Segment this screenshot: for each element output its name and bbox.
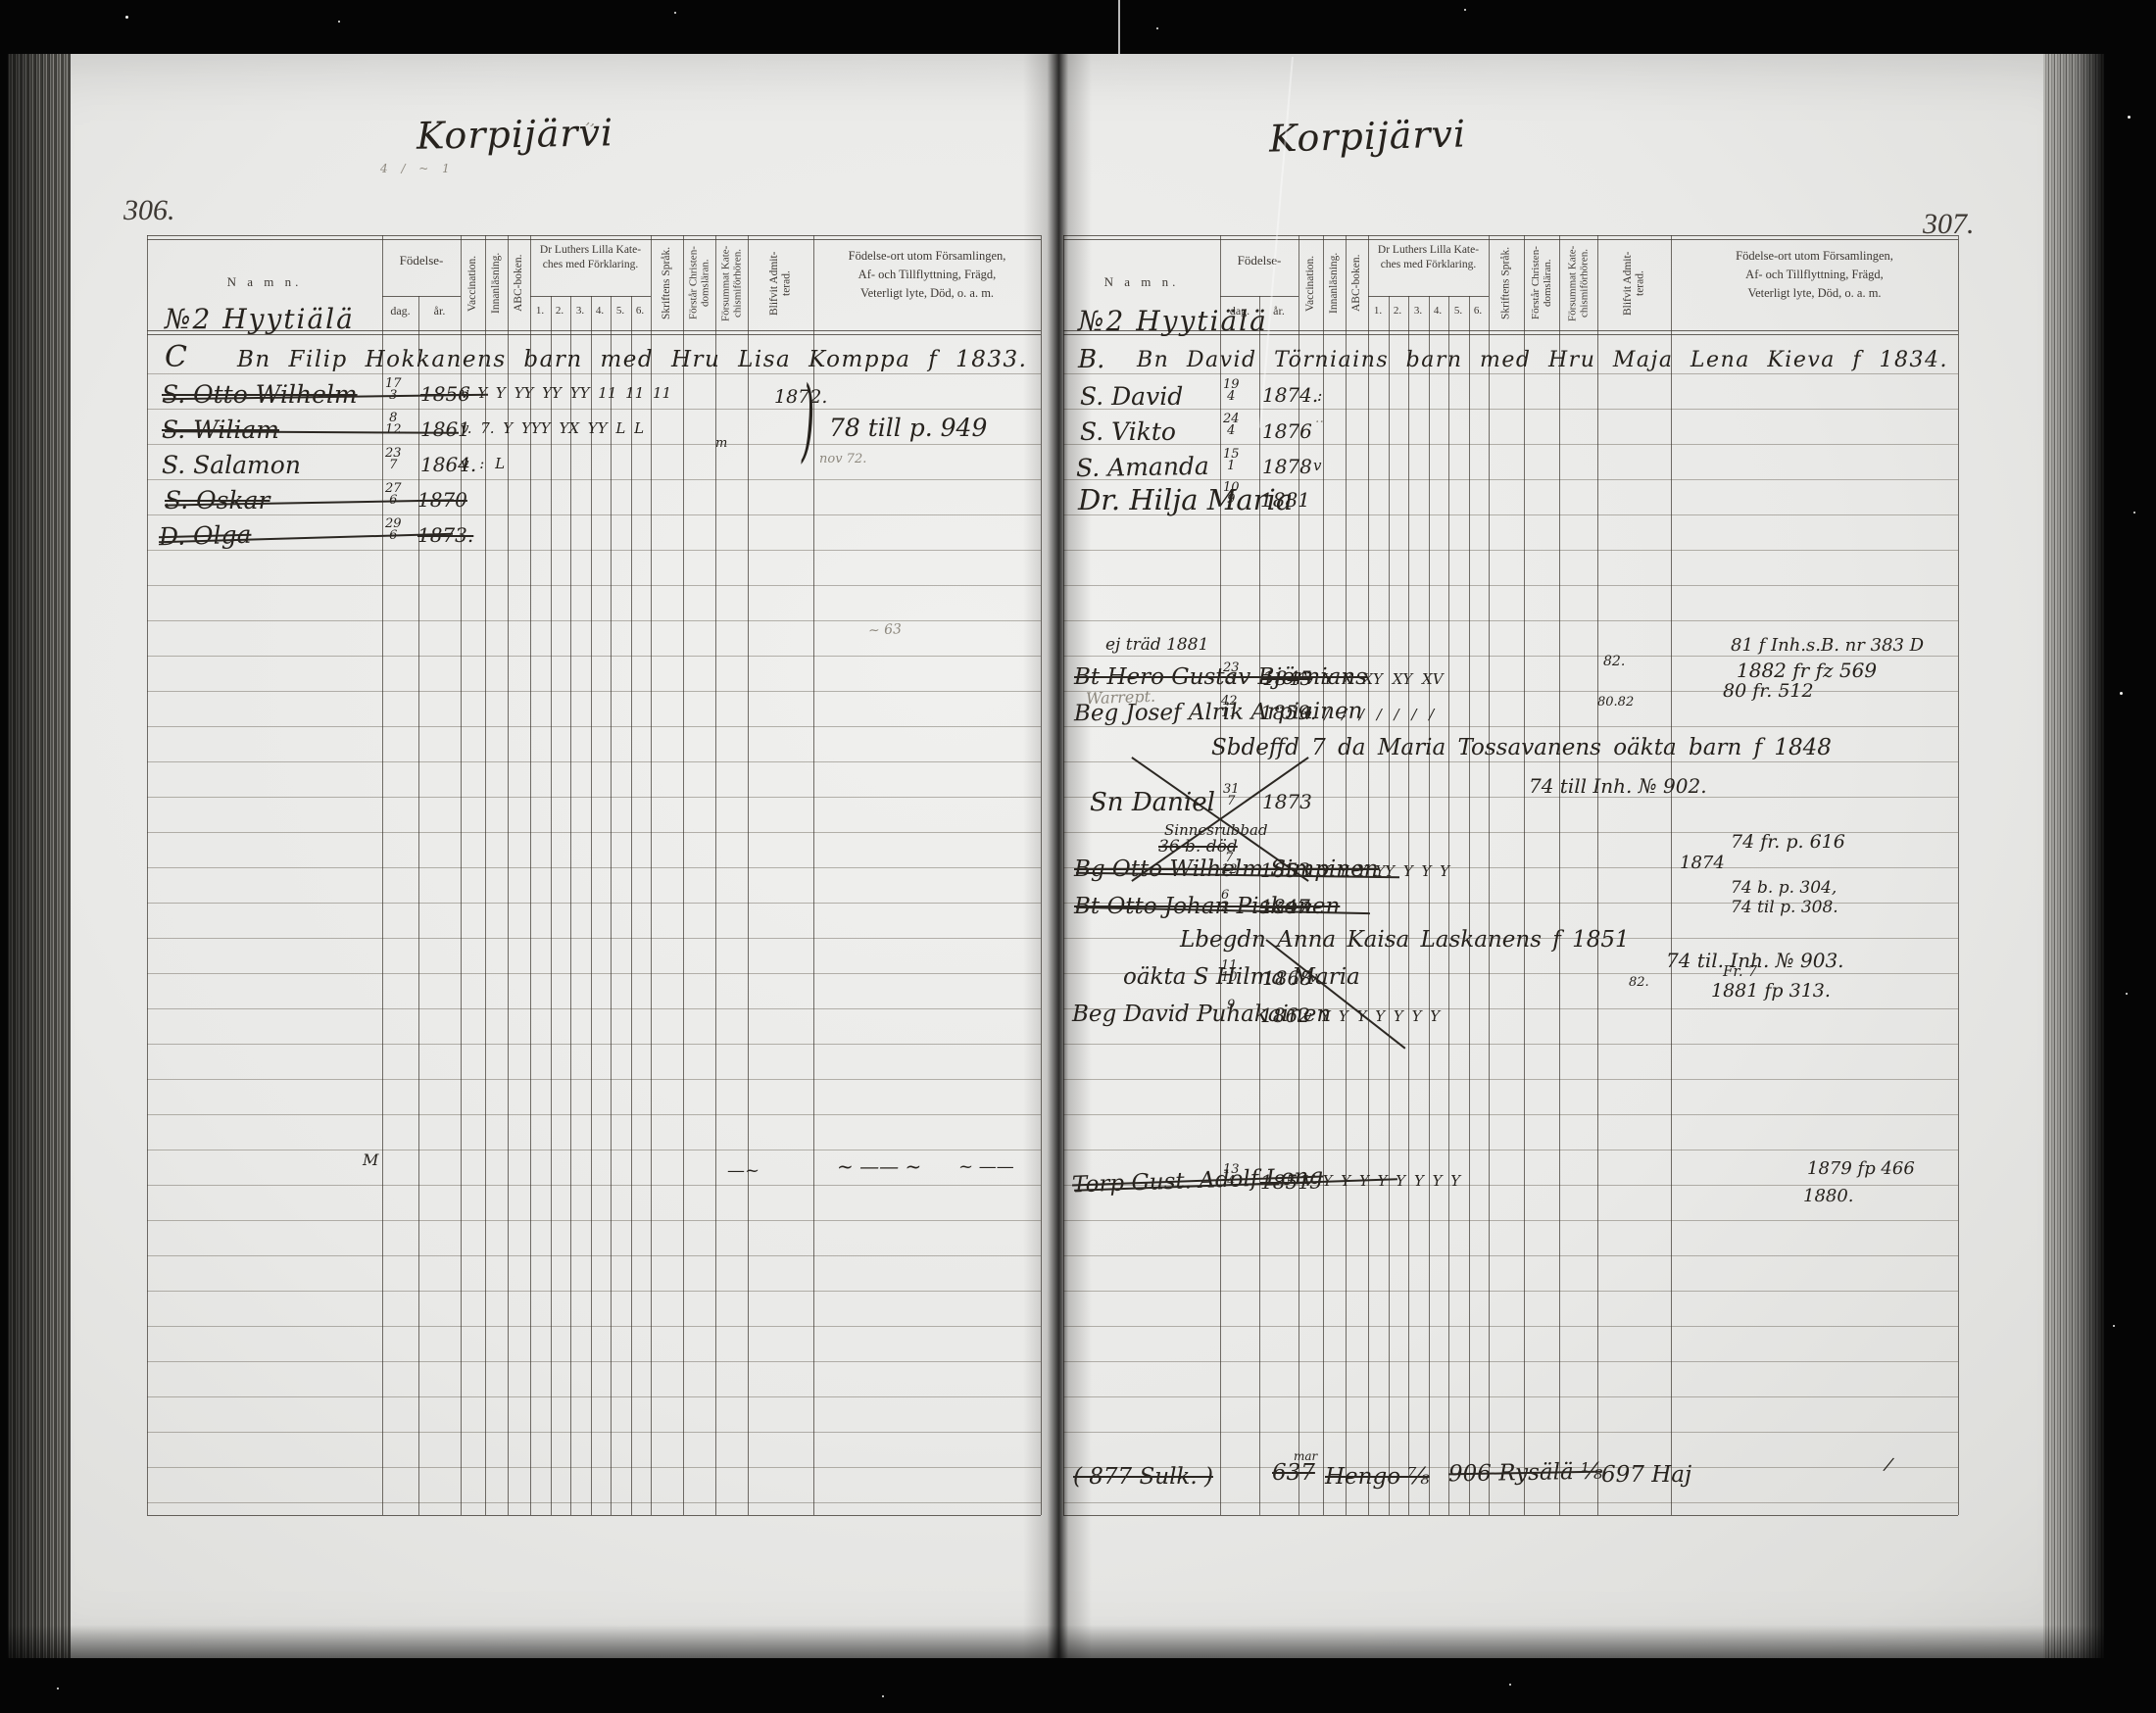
book-gutter-shadow (1023, 54, 1092, 1658)
totals-item: 697 Haj (1601, 1464, 1691, 1487)
dust-speck (882, 1695, 884, 1697)
dust-speck (1464, 9, 1466, 11)
col-k5-right: 5. (1448, 305, 1468, 318)
col-vaccination-left: Vaccination. (461, 239, 485, 327)
margin-note: 1881 fp 313. (1711, 982, 1831, 1001)
bottom-scribble: —~ (727, 1162, 759, 1180)
margin-note: 74 fr. p. 616 (1731, 833, 1845, 852)
column-line (591, 296, 592, 1515)
admitted-note: 82. (1603, 655, 1625, 668)
col-k6-right: 6. (1468, 305, 1488, 318)
family-head-line: Bn Filip Hokkanens barn med Hru Lisa Kom… (237, 349, 1027, 371)
column-line (651, 235, 652, 1515)
pencil-marks: 4 / ~ 1 (380, 163, 455, 174)
col-blifvit-right: Blifvit Admit- terad. (1597, 239, 1671, 327)
margin-note: 80 fr. 512 (1723, 682, 1814, 701)
fodelseort-line3: Veterligt lyte, Död, o. a. m. (1747, 286, 1881, 300)
row-line (1063, 1515, 1958, 1516)
birth-day: 276 (385, 483, 402, 508)
column-line (382, 235, 383, 1515)
column-line (611, 296, 612, 1515)
exam-marks: : (1317, 388, 1322, 404)
birth-day: 194 (1223, 379, 1240, 404)
margin-note: 74 til p. 308. (1731, 900, 1838, 916)
admitted-note: 82. (1629, 976, 1649, 989)
col-dag-left: dag. (382, 304, 418, 318)
scan-crack (1118, 0, 1120, 54)
col-k3-right: 3. (1408, 305, 1428, 318)
dust-speck (338, 21, 340, 23)
exam-marks: v Y Y Y Y Y Y Y (1303, 1009, 1440, 1024)
entry-name: S. Oskar (165, 488, 269, 513)
col-forsummat-left: Försummat Kate- chismiförhören. (715, 239, 748, 327)
entry-name: S. Salamon (162, 453, 301, 477)
column-line (1958, 235, 1959, 1515)
ruled-lines-left (147, 339, 1041, 1515)
birth-day: 109 (1223, 482, 1240, 507)
column-line (748, 235, 749, 1515)
frac-bottom: 9 (1227, 494, 1235, 506)
family-initial: C (165, 343, 187, 372)
col-skriftens-right: Skriftens Språk. (1489, 239, 1524, 327)
entry-name: oäkta S Hilma Maria (1123, 966, 1360, 989)
col-katekes-right: Dr Luthers Lilla Kate-ches med Förklarin… (1363, 243, 1494, 272)
page-number-right: 307. (1923, 206, 1975, 243)
transfer-note: 78 till p. 949 (829, 416, 987, 440)
page-number-left: 306. (123, 192, 175, 229)
book-left-page-edges (8, 54, 71, 1658)
col-innanlasning-right: Innanläsning. (1323, 239, 1346, 327)
column-line (1408, 296, 1409, 1515)
bottom-mark: M (363, 1152, 378, 1168)
col-forsummat-right: Försummat Kate- chismiförhören. (1559, 239, 1597, 327)
col-katekes-left: Dr Luthers Lilla Kate-ches med Förklarin… (525, 243, 656, 272)
margin-note: 81 f Inh.s.B. nr 383 D (1731, 637, 1924, 655)
column-line (683, 235, 684, 1515)
column-line (1597, 235, 1598, 1515)
frac-bottom: 3 (1227, 674, 1235, 686)
column-line (551, 296, 552, 1515)
margin-note: 74 b. p. 304, (1731, 880, 1837, 897)
col-k6-left: 6. (630, 305, 650, 318)
entry-name: S. Otto Wilhelm (162, 382, 358, 407)
katekes-line2: ches med Förklaring. (1381, 259, 1476, 270)
col-k2-right: 2. (1388, 305, 1407, 318)
entry-name: S. Amanda (1076, 454, 1209, 480)
transfer-note-small: nov 72. (819, 453, 866, 465)
col-fodelse-left: Födelse- (382, 253, 461, 269)
col-fodelseort-left: Födelse-ort utom Församlingen,Af- och Ti… (813, 247, 1041, 302)
book-right-page-edges (2043, 54, 2104, 1658)
col-vaccination-right: Vaccination. (1298, 239, 1323, 327)
margin-scribble: ~ 63 (868, 622, 903, 638)
birth-day: 173 (385, 378, 402, 403)
birth-day: 317 (1223, 784, 1240, 808)
col-k1-left: 1. (530, 305, 550, 318)
totals-superscript: mar (1294, 1450, 1317, 1462)
frac-bottom: 4 (1227, 425, 1235, 437)
column-line (1524, 235, 1525, 1515)
birth-day: 233 (1223, 662, 1240, 687)
dust-speck (674, 12, 676, 14)
margin-note: 1882 fr fz 569 (1737, 661, 1877, 680)
farm-name: №2 Hyytiälä (1078, 308, 1268, 335)
dust-speck (2126, 993, 2128, 995)
totals-item: ( 877 Sulk. ) (1073, 1466, 1213, 1489)
page-title-right: Korpijärvi (1269, 115, 1467, 157)
birth-year: 1876 (1262, 421, 1312, 441)
exam-marks: v Y Y YY YY YY 11 11 11 (461, 386, 671, 401)
margin-note: 1879 fp 466 (1807, 1160, 1915, 1178)
dust-speck (1156, 27, 1158, 29)
fodelseort-line2: Af- och Tillflyttning, Frägd, (1745, 268, 1884, 281)
birth-year: 1873 (1262, 792, 1312, 811)
dust-speck (57, 1688, 59, 1689)
col-fodelseort-right: Födelse-ort utom Församlingen,Af- och Ti… (1671, 247, 1958, 302)
row-line (382, 296, 461, 297)
column-line (1489, 235, 1490, 1515)
dust-speck (1509, 1684, 1511, 1686)
birth-year: 1868 (1262, 968, 1312, 988)
frac-bottom: 11 (1221, 708, 1238, 719)
col-skriftens-left: Skriftens Språk. (651, 239, 683, 327)
birth-year: 1878 (1262, 457, 1312, 476)
entry-name: D. Olga (159, 522, 252, 549)
frac-bottom: 4 (1227, 391, 1235, 403)
farm-name: №2 Hyytiälä (165, 306, 355, 333)
column-line (1429, 296, 1430, 1515)
col-forstar-left: Förstår Christen- domsläran. (683, 239, 715, 327)
katekes-line1: Dr Luthers Lilla Kate- (1378, 244, 1479, 256)
col-k3-left: 3. (570, 305, 590, 318)
entry-span-line: Lbegdn Anna Kaisa Laskanens f 1851 (1180, 929, 1630, 952)
fodelseort-line1: Födelse-ort utom Församlingen, (849, 249, 1006, 263)
birth-day: 237 (385, 448, 402, 472)
col-fodelse-right: Födelse- (1220, 253, 1298, 269)
column-line (1671, 235, 1672, 1515)
dust-speck (2133, 512, 2135, 514)
frac-bottom: 10 (1221, 972, 1238, 984)
fodelseort-line2: Af- och Tillflyttning, Frägd, (858, 268, 997, 281)
entry-span-line: Sbdeffd 7 da Maria Tossavanens oäkta bar… (1211, 737, 1832, 759)
exam-marks: v. 7. Y YYY YX YY L L (461, 421, 644, 436)
column-line (1448, 296, 1449, 1515)
row-line (147, 1515, 1041, 1516)
col-k4-left: 4. (590, 305, 610, 318)
birth-day: 4211 (1221, 696, 1238, 720)
row-line (1368, 296, 1489, 297)
birth-day: 9 (1227, 1000, 1235, 1011)
frac-bottom: 1 (1227, 461, 1235, 472)
skrift-mark: m (715, 437, 727, 450)
column-line (147, 235, 148, 1515)
exam-marks: v. (1309, 970, 1320, 985)
exam-marks: v (1313, 459, 1321, 473)
fodelseort-line3: Veterligt lyte, Död, o. a. m. (860, 286, 994, 300)
column-line (418, 296, 419, 1515)
column-line (570, 296, 571, 1515)
birth-year: 1874. (1262, 385, 1318, 405)
frac-bottom: 7 (389, 460, 397, 471)
exam-marks: v / / / / / / / (1303, 708, 1434, 722)
frac-bottom: 4 (1227, 1176, 1235, 1188)
column-line (1559, 235, 1560, 1515)
entry-name: S. Vikto (1080, 419, 1176, 444)
column-line (1469, 296, 1470, 1515)
margin-note: ej träd 1881 (1105, 637, 1208, 654)
frac-bottom: 2 (1221, 902, 1229, 913)
book-bottom-shadow (8, 1625, 2104, 1658)
col-k2-left: 2. (550, 305, 569, 318)
dust-speck (125, 16, 128, 19)
birth-day: 1110 (1221, 960, 1238, 985)
exam-marks: ·· (1315, 416, 1324, 429)
family-head-line: Bn David Törniains barn med Hru Maja Len… (1137, 350, 1948, 371)
margin-note: 74 till Inh. № 902. (1529, 776, 1707, 796)
dust-speck (2120, 692, 2123, 695)
col-k1-right: 1. (1368, 305, 1388, 318)
bottom-scribble: ~ —— (958, 1158, 1014, 1176)
fodelseort-line1: Födelse-ort utom Församlingen, (1736, 249, 1893, 263)
totals-item: 906 Rysälä ⅛ (1448, 1461, 1603, 1487)
birth-day: 296 (385, 518, 402, 543)
bottom-scribble: ~ —— ~ (837, 1156, 921, 1176)
scanned-parish-register-spread: 306. Korpijärvi 4 / ~ 1 ’’ N a m n. Föde… (0, 0, 2156, 1713)
birth-year: 1881 (1260, 490, 1310, 510)
exam-marks: v : L (461, 457, 505, 471)
katekes-line1: Dr Luthers Lilla Kate- (540, 244, 641, 256)
birth-day: 244 (1223, 414, 1240, 438)
totals-item: Hengo ⅞ (1325, 1466, 1430, 1489)
col-k5-left: 5. (611, 305, 630, 318)
row-line (1063, 235, 1958, 236)
column-line (631, 296, 632, 1515)
admitted-note: 1874 (1680, 855, 1725, 872)
column-line (1389, 296, 1390, 1515)
frac-bottom: 7 (1227, 796, 1235, 808)
katekes-line2: ches med Förklaring. (543, 259, 638, 270)
row-line (147, 239, 1041, 240)
col-forstar-right: Förstår Christen- domsläran. (1524, 239, 1559, 327)
dust-speck (2113, 1325, 2115, 1327)
birth-day: 151 (1223, 449, 1240, 473)
admitted-note: 1880. (1803, 1188, 1854, 1205)
col-innanlasning-left: Innanläsning. (485, 239, 508, 327)
totals-item: 637 (1272, 1462, 1315, 1485)
col-namn-left: N a m n. (147, 274, 382, 290)
exam-marks: v Y X XY XY XV (1305, 672, 1444, 687)
column-line (715, 235, 716, 1515)
admitted-note: 80.82 (1597, 696, 1634, 709)
col-k4-right: 4. (1428, 305, 1447, 318)
row-line (530, 296, 651, 297)
row-line (147, 235, 1041, 236)
brace-mark: ) (802, 376, 814, 466)
col-blifvit-left: Blifvit Admit- terad. (748, 239, 813, 327)
col-ar-left: år. (418, 304, 461, 318)
row-line (1220, 296, 1298, 297)
entry-name: S. David (1080, 384, 1183, 409)
dust-speck (2128, 116, 2131, 119)
condition-note: Sinnesrubbad (1164, 823, 1268, 838)
margin-note: Fr. 7 (1723, 964, 1757, 979)
